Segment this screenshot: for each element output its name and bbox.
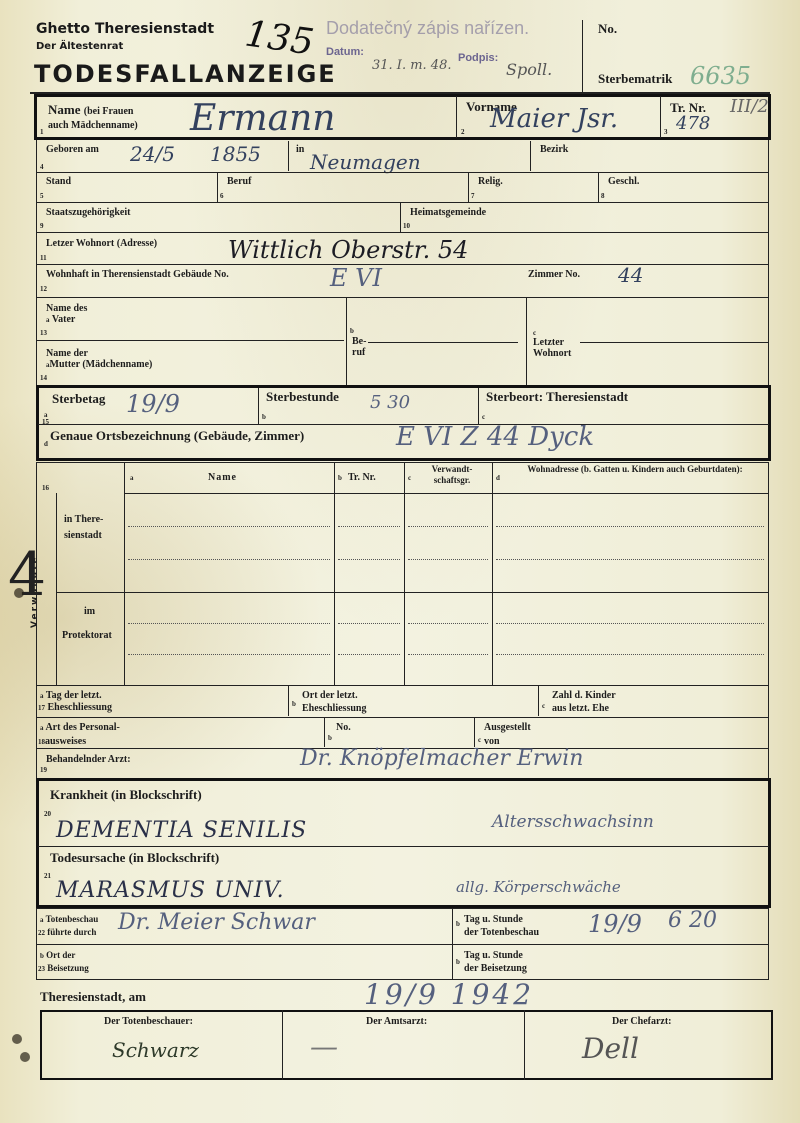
tag-totenbeschau-time[interactable]: 6 20 xyxy=(668,908,717,933)
ausweis-no-label: No. xyxy=(336,722,351,733)
mutter-label-1: Name der xyxy=(46,348,88,359)
divider xyxy=(598,172,599,202)
sub-letter: c xyxy=(408,474,411,482)
divider xyxy=(258,388,259,424)
sub-letter: c xyxy=(542,702,545,710)
tr-nr-transport[interactable]: III/2 xyxy=(730,96,769,117)
frame-left xyxy=(36,686,37,778)
stamp-podpis-value: Spoll. xyxy=(506,60,552,79)
stand-label: Stand xyxy=(46,176,71,187)
entry-line xyxy=(496,654,764,655)
sterbematrik-value: 6635 xyxy=(690,62,751,90)
entry-line xyxy=(128,654,330,655)
field-number: 5 xyxy=(40,192,44,200)
ort-beisetzung-label-2: 23 Beisetzung xyxy=(38,963,89,975)
sterbematrik-label: Sterbematrik xyxy=(598,72,672,86)
ausgestellt-label-1: Ausgestellt xyxy=(484,722,531,733)
frame-right xyxy=(768,686,769,778)
signature-chefarzt[interactable]: Dell xyxy=(582,1032,639,1065)
field-number: 8 xyxy=(601,192,605,200)
divider xyxy=(346,297,347,385)
death-notice-form: Ghetto Theresienstadt Der Ältestenrat TO… xyxy=(0,0,800,1123)
parent-beruf-label-1: Be- xyxy=(352,336,366,347)
vorname-value[interactable]: Maier Jsr. xyxy=(490,104,618,134)
field-number: 9 xyxy=(40,222,44,230)
sub-letter: c xyxy=(533,329,536,337)
field-number: 12 xyxy=(40,285,47,293)
staatszugehoerigkeit-label: Staatszugehörigkeit xyxy=(46,207,130,218)
sub-letter: b xyxy=(456,958,460,966)
org-name: Ghetto Theresienstadt xyxy=(36,21,214,37)
ort-ehe-label-2: Eheschliessung xyxy=(302,703,366,714)
divider xyxy=(124,462,125,686)
tag-totenbeschau-date[interactable]: 19/9 xyxy=(588,910,642,938)
arzt-value[interactable]: Dr. Knöpfelmacher Erwin xyxy=(300,746,583,771)
sub-letter: a xyxy=(130,474,134,482)
divider xyxy=(288,686,289,716)
tag-totenbeschau-label-1: Tag u. Stunde xyxy=(464,914,523,925)
parent-beruf-label-2: ruf xyxy=(352,347,365,358)
geboren-date-value[interactable]: 24/5 xyxy=(130,142,175,166)
rule xyxy=(580,342,768,343)
divider xyxy=(282,1010,283,1080)
divider xyxy=(334,462,335,686)
field-number: 7 xyxy=(471,192,475,200)
entry-line xyxy=(408,526,488,527)
divider xyxy=(526,297,527,385)
rule xyxy=(124,493,769,494)
beruf-label: Beruf xyxy=(227,176,251,187)
entry-line xyxy=(408,559,488,560)
frame-left xyxy=(36,140,37,386)
parent-wohnort-label-1: Letzter xyxy=(533,337,564,348)
sub-letter: b xyxy=(456,920,460,928)
rule xyxy=(56,592,769,593)
divider xyxy=(56,493,57,686)
krankheit-value[interactable]: DEMENTIA SENILIS xyxy=(56,818,307,843)
geboren-label: Geboren am xyxy=(46,144,99,155)
sub-letter: c xyxy=(478,736,481,744)
handwritten-number: 135 xyxy=(242,13,316,63)
divider xyxy=(217,172,218,202)
letzter-wohnort-label: Letzer Wohnort (Adresse) xyxy=(46,238,157,249)
tr-nr-value[interactable]: 478 xyxy=(676,113,710,134)
heimatsgemeinde-label: Heimatsgemeinde xyxy=(410,207,486,218)
tag-totenbeschau-label-2: der Totenbeschau xyxy=(464,927,539,938)
entry-line xyxy=(496,559,764,560)
divider xyxy=(524,1010,525,1080)
field-number: 16 xyxy=(42,484,49,492)
form-title: TODESFALLANZEIGE xyxy=(34,60,337,88)
entry-line xyxy=(338,526,400,527)
arzt-label: Behandelnder Arzt: xyxy=(46,754,131,765)
entry-line xyxy=(408,623,488,624)
zimmer-value[interactable]: 44 xyxy=(618,263,643,287)
entry-line xyxy=(338,654,400,655)
kinder-label-1: Zahl d. Kinder xyxy=(552,690,616,701)
totenbeschau-label-2: 22 führte durch xyxy=(38,927,96,939)
group-theresienstadt-2: sienstadt xyxy=(64,530,102,541)
place-date-value[interactable]: 19/9 1942 xyxy=(364,978,534,1011)
tag-ehe-label-1: a Tag der letzt. xyxy=(40,690,102,702)
signature-label-amtsarzt: Der Amtsarzt: xyxy=(366,1016,427,1027)
rule xyxy=(36,340,344,341)
wohnhaft-label: Wohnhaft in Therensienstadt Gebäude No. xyxy=(46,269,229,280)
rule xyxy=(36,202,769,203)
geboren-year-value[interactable]: 1855 xyxy=(210,142,261,166)
field-number: 6 xyxy=(220,192,224,200)
divider xyxy=(288,141,289,171)
name-label: Name (bei Frauen xyxy=(48,103,133,119)
ortsbezeichnung-value[interactable]: E VI Z 44 Dyck xyxy=(396,422,594,452)
sterbestunde-value[interactable]: 5 30 xyxy=(370,392,410,413)
field-number: 13 xyxy=(40,329,47,337)
divider xyxy=(324,717,325,747)
group-theresienstadt-1: in There- xyxy=(64,514,103,525)
field-number: 3 xyxy=(664,128,668,136)
punch-hole xyxy=(12,1034,22,1044)
place-date-label: Theresienstadt, am xyxy=(40,990,146,1004)
divider xyxy=(530,141,531,171)
stamp-podpis-label: Podpis: xyxy=(458,52,498,64)
sub-letter: b xyxy=(262,413,266,421)
vater-label-1: Name des xyxy=(46,303,87,314)
no-label: No. xyxy=(598,22,617,36)
field-number: 10 xyxy=(403,222,410,230)
group-protektorat-1: im xyxy=(84,606,95,617)
sub-letter: b xyxy=(328,734,332,742)
col-header-trnr: Tr. Nr. xyxy=(348,472,376,483)
rule xyxy=(36,297,769,298)
name-label-sub: auch Mädchenname) xyxy=(48,120,138,131)
entry-line xyxy=(128,623,330,624)
signature-totenbeschauer[interactable]: Schwarz xyxy=(112,1038,199,1062)
field-number: 19 xyxy=(40,766,47,774)
entry-line xyxy=(338,623,400,624)
ort-ehe-label-1: Ort der letzt. xyxy=(302,690,358,701)
personalausweis-label-2: 18ausweises xyxy=(38,736,86,748)
sterbetag-value[interactable]: 19/9 xyxy=(126,390,180,418)
field-number: 4 xyxy=(40,163,44,171)
name-value[interactable]: Ermann xyxy=(190,98,335,139)
rule xyxy=(36,944,769,945)
stamp-datum-value: 31. I. m. 48. xyxy=(372,58,451,73)
ort-beisetzung-label-1: b Ort der xyxy=(40,950,75,962)
wohnhaft-value[interactable]: E VI xyxy=(330,264,382,292)
mutter-label-2: aMutter (Mädchenname) xyxy=(46,359,152,371)
col-header-verwandtschaft: Verwandt-schaftsgr. xyxy=(418,464,486,486)
col-header-wohnadresse: Wohnadresse (b. Gatten u. Kindern auch G… xyxy=(510,464,760,475)
punch-hole xyxy=(20,1052,30,1062)
sterbeort-label: Sterbeort: Theresienstadt xyxy=(486,390,628,404)
sub-letter: b xyxy=(350,327,354,335)
divider xyxy=(538,686,539,716)
group-protektorat-2: Protektorat xyxy=(62,630,112,641)
field-number: 1 xyxy=(40,128,44,136)
sub-letter: b xyxy=(292,700,296,708)
todesursache-value[interactable]: MARASMUS UNIV. xyxy=(56,878,285,903)
org-subname: Der Ältestenrat xyxy=(36,41,123,52)
divider xyxy=(456,96,457,138)
parent-wohnort-label-2: Wohnort xyxy=(533,348,571,359)
vater-label-2: a Vater xyxy=(46,314,75,326)
geschl-label: Geschl. xyxy=(608,176,639,187)
relatives-table xyxy=(36,462,769,686)
rule xyxy=(36,172,769,173)
krankheit-label: Krankheit (in Blockschrift) xyxy=(50,788,202,802)
signature-amtsarzt[interactable]: — xyxy=(310,1030,338,1063)
frame-right xyxy=(768,140,769,386)
zimmer-label: Zimmer No. xyxy=(528,269,580,280)
tag-ehe-label-2: 17 Eheschliessung xyxy=(38,702,112,714)
relig-label: Relig. xyxy=(478,176,503,187)
divider xyxy=(474,717,475,747)
entry-line xyxy=(496,623,764,624)
todesursache-value-german[interactable]: allg. Körperschwäche xyxy=(456,878,621,896)
punch-hole xyxy=(14,588,24,598)
entry-line xyxy=(496,526,764,527)
sub-letter: c xyxy=(482,413,485,421)
sub-letter: d xyxy=(496,474,500,482)
header-divider xyxy=(582,20,583,92)
divider xyxy=(468,172,469,202)
field-number: 21 xyxy=(44,872,51,880)
kinder-label-2: aus letzt. Ehe xyxy=(552,703,609,714)
geboren-place-value[interactable]: Neumagen xyxy=(310,150,421,174)
totenbeschau-label-1: a Totenbeschau xyxy=(40,914,98,926)
tag-beisetzung-label-1: Tag u. Stunde xyxy=(464,950,523,961)
divider xyxy=(404,462,405,686)
field-number: 20 xyxy=(44,810,51,818)
todesursache-label: Todesursache (in Blockschrift) xyxy=(50,851,219,865)
personalausweis-label-1: a Art des Personal- xyxy=(40,722,120,734)
entry-line xyxy=(128,559,330,560)
rule xyxy=(36,232,769,233)
rule xyxy=(38,846,769,847)
stamp-datum-label: Datum: xyxy=(326,46,364,58)
field-number: 11 xyxy=(40,254,47,262)
field-number: 2 xyxy=(461,128,465,136)
divider xyxy=(400,202,401,232)
entry-line xyxy=(338,559,400,560)
letzter-wohnort-value[interactable]: Wittlich Oberstr. 54 xyxy=(228,236,468,264)
totenbeschau-value[interactable]: Dr. Meier Schwar xyxy=(118,910,315,935)
divider xyxy=(478,388,479,424)
divider xyxy=(660,96,661,138)
entry-line xyxy=(408,654,488,655)
stamp-text: Dodatečný zápis nařízen. xyxy=(326,18,529,39)
divider xyxy=(492,462,493,686)
entry-line xyxy=(128,526,330,527)
col-header-name: Name xyxy=(208,472,237,483)
signature-label-chefarzt: Der Chefarzt: xyxy=(612,1016,672,1027)
ortsbezeichnung-label: Genaue Ortsbezeichnung (Gebäude, Zimmer) xyxy=(50,429,304,443)
sub-letter: d xyxy=(44,440,48,448)
sterbestunde-label: Sterbestunde xyxy=(266,390,339,404)
tag-beisetzung-label-2: der Beisetzung xyxy=(464,963,527,974)
rule xyxy=(36,264,769,265)
rule xyxy=(368,342,518,343)
field-number: 14 xyxy=(40,374,47,382)
rule xyxy=(36,717,769,718)
signature-label-totenbeschauer: Der Totenbeschauer: xyxy=(104,1016,193,1027)
sterbetag-label: Sterbetag xyxy=(52,392,105,406)
krankheit-value-german[interactable]: Altersschwachsinn xyxy=(492,812,654,832)
bezirk-label: Bezirk xyxy=(540,144,568,155)
geboren-in-label: in xyxy=(296,144,304,155)
sub-letter: b xyxy=(338,474,342,482)
margin-mark: 4 xyxy=(8,540,46,610)
